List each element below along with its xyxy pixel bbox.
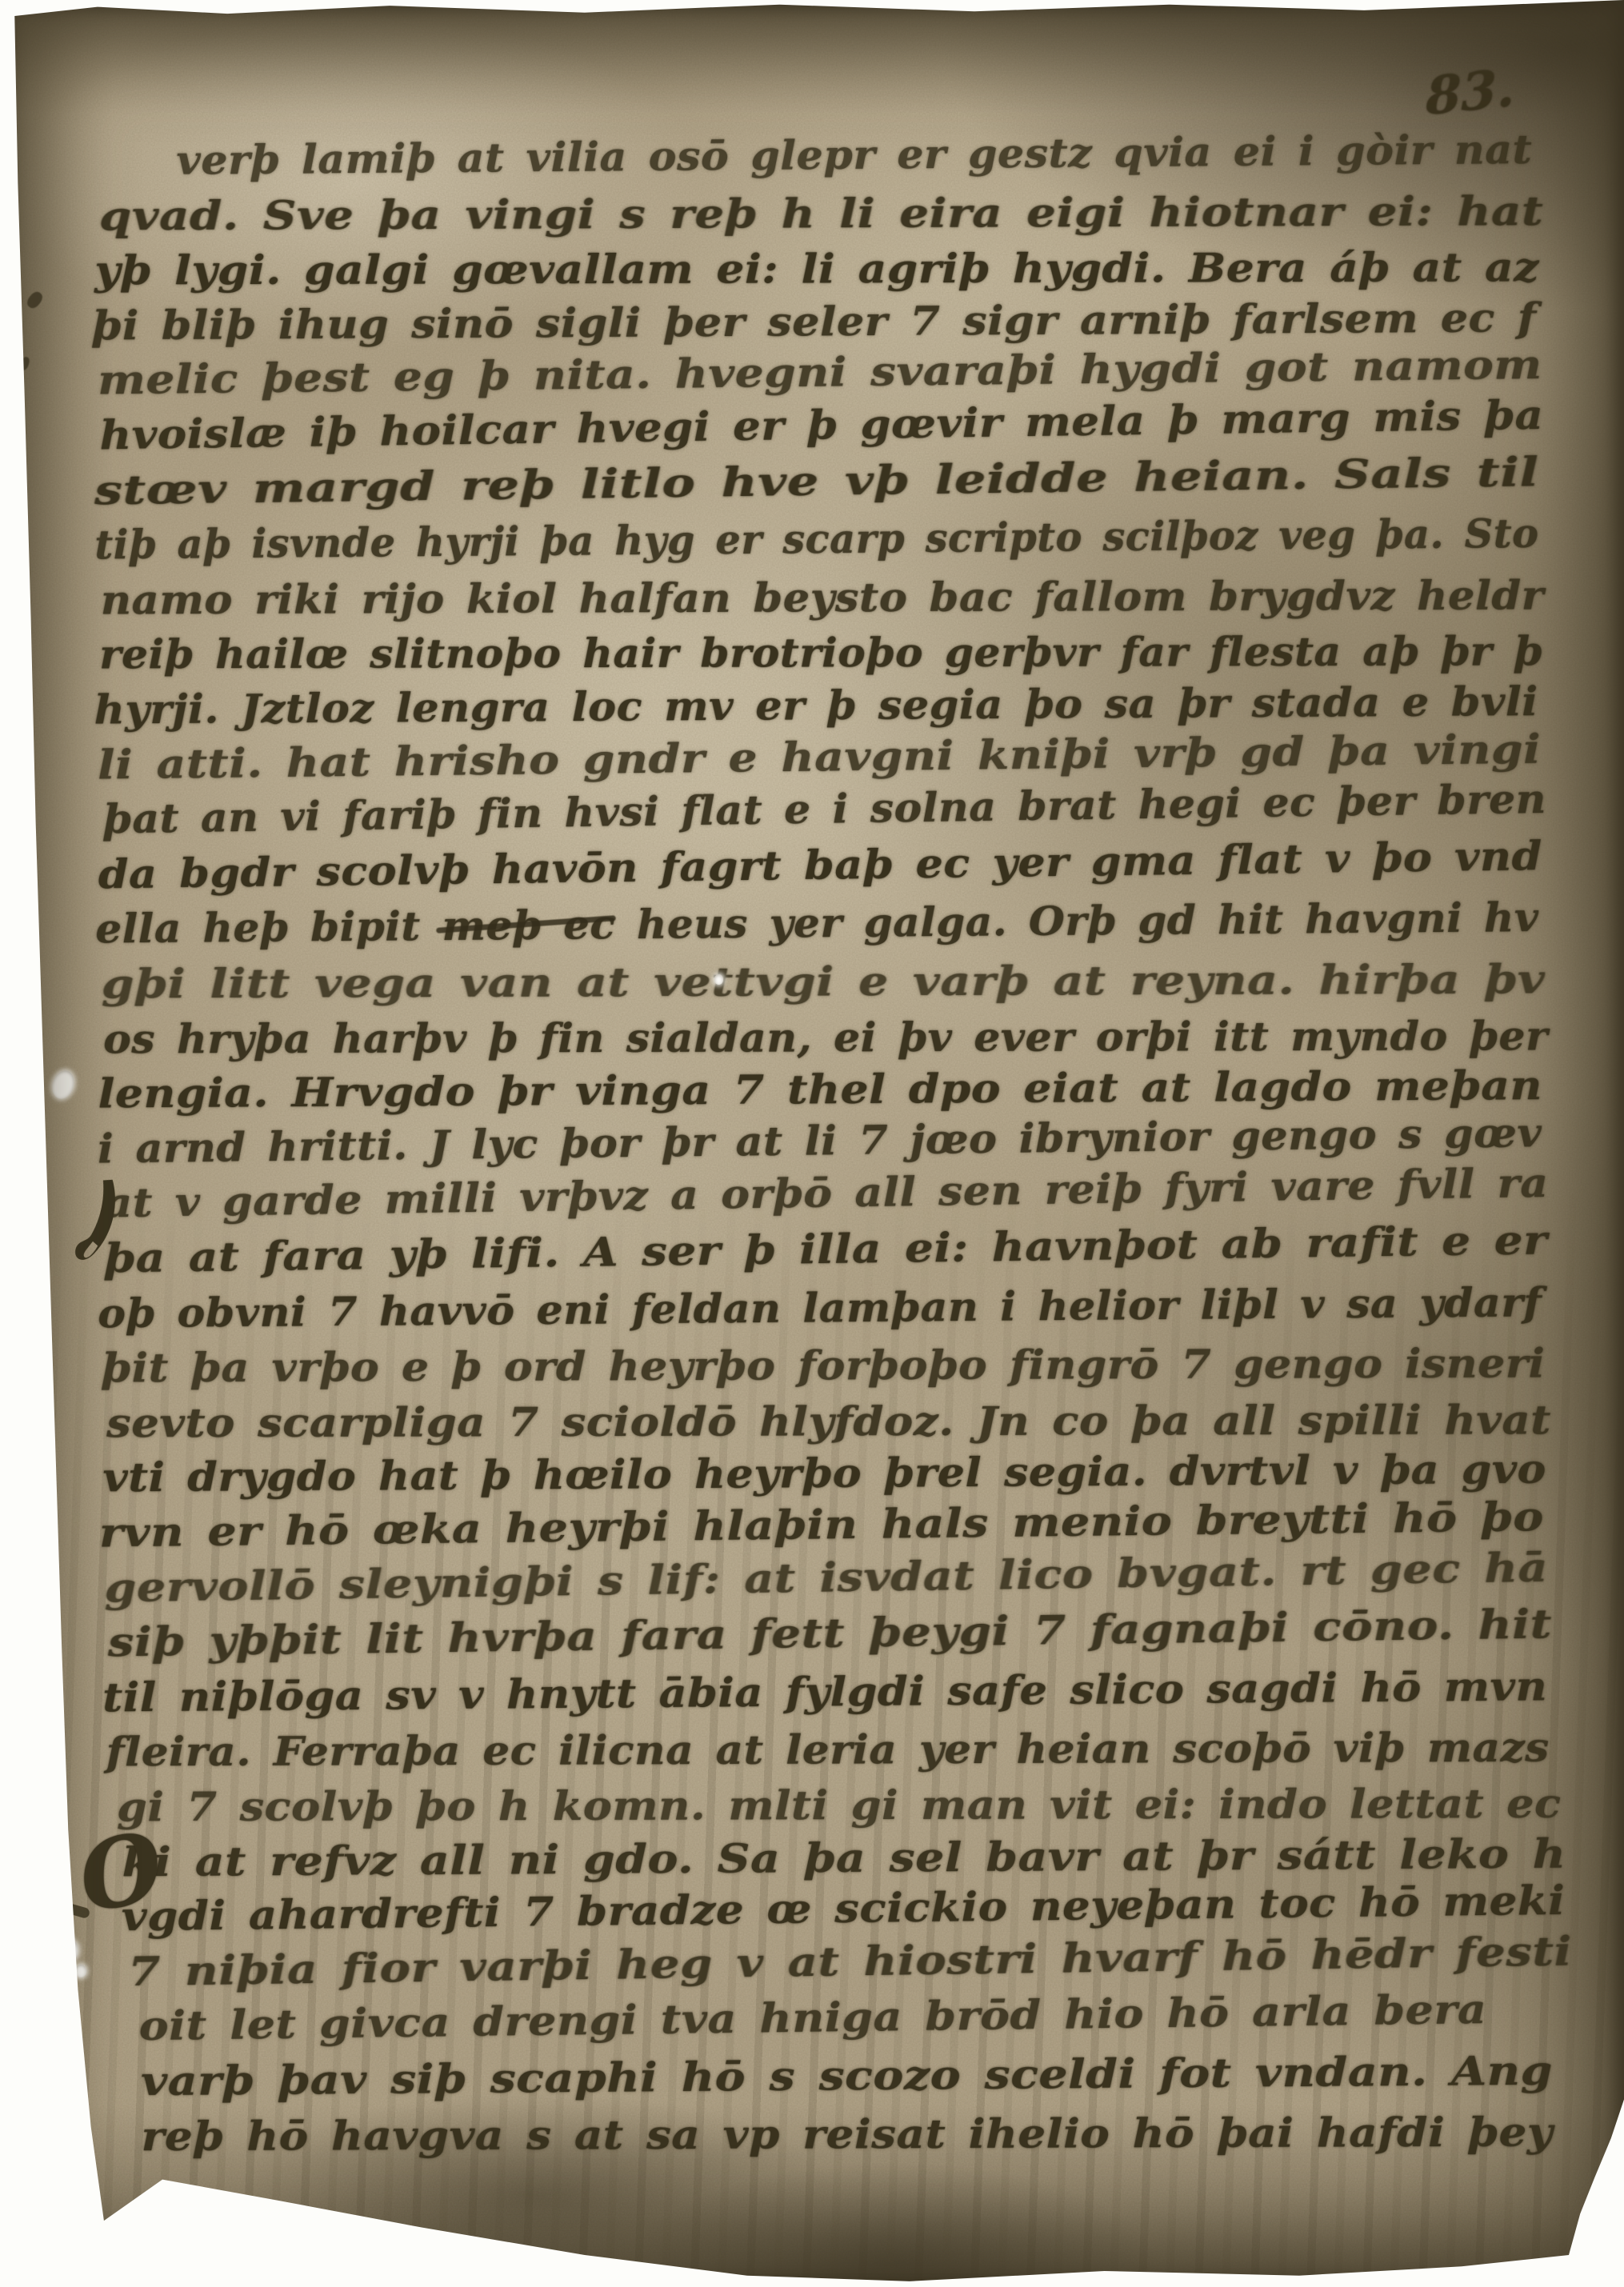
text-line: þit þa vrþo e þ ord heyrþo forþoþo fingr…: [101, 1340, 1545, 1392]
parchment-hole: [75, 1965, 86, 1977]
text-line: þa at fara yþ lifi. A ser þ illa ei: hav…: [103, 1216, 1547, 1281]
parchment-hole: [714, 974, 723, 985]
text-line: þi bliþ ihug sinō sigli þer seler 7 sigr…: [92, 294, 1537, 349]
text-line: da bgdr scolvþ havōn fagrt baþ ec yer gm…: [98, 832, 1543, 898]
parchment-hole: [59, 1939, 78, 1961]
text-line: gþi litt vega van at vettvgi e varþ at r…: [101, 955, 1545, 1007]
text-line: oit let givca drengi tva hniga brōd hio …: [138, 1985, 1486, 2049]
text-line: hvoislæ iþ hoilcar hvegi er þ gœvir mela…: [99, 391, 1544, 459]
text-line: yþ lygi. galgi gœvallam ei: li agriþ hyg…: [94, 244, 1539, 294]
parchment-leaf: 83. verþ lamiþ at vilia osō glepr er ges…: [0, 0, 1624, 2287]
initial-letter-O: O: [73, 1819, 170, 1926]
manuscript-photo: 83. verþ lamiþ at vilia osō glepr er ges…: [0, 0, 1624, 2287]
text-line: namo riki rijo kiol halfan beysto bac fa…: [101, 571, 1544, 623]
ink-fleck: [17, 598, 31, 622]
text-line: siþ yþþit lit hvrþa fara fett þeygi 7 fa…: [107, 1601, 1552, 1666]
text-line: oþ obvni 7 havvō eni feldan lamþan i hel…: [98, 1278, 1542, 1337]
text-line: sevto scarpliga 7 scioldō hlyfdoz. Jn co…: [106, 1396, 1551, 1446]
text-line: varþ þav siþ scaphi hō s scozo sceldi fo…: [141, 2047, 1553, 2105]
text-line: tiþ aþ isvnde hyrji þa hyg er scarp scri…: [94, 510, 1539, 568]
text-block: verþ lamiþ at vilia osō glepr er gestz q…: [0, 0, 1624, 2287]
text-line: reþ hō havgva s at sa vp reisat ihelio h…: [141, 2108, 1553, 2160]
text-line: hyrji. Jztloz lengra loc mv er þ segia þ…: [94, 678, 1538, 733]
text-line: reiþ hailœ slitnoþo hair brotrioþo gerþv…: [99, 628, 1543, 678]
text-line: ella heþ bipit meþ ec heus yer galga. Or…: [95, 894, 1539, 952]
text-line: verþ lamiþ at vilia osō glepr er gestz q…: [176, 126, 1532, 184]
text-line: os hryþa harþv þ fin sialdan, ei þv ever…: [104, 1012, 1549, 1062]
text-line: qvad. Sve þa vingi s reþ h li eira eigi …: [99, 187, 1544, 239]
text-line: stœv margd reþ litlo hve vþ leidde heian…: [94, 448, 1538, 514]
text-line: fleira. Ferraþa ec ilicna at leria yer h…: [106, 1724, 1549, 1776]
text-line: ki at refvz all ni gdo. Sa þa sel bavr a…: [122, 1829, 1566, 1885]
text-line: gi 7 scolvþ þo h komn. mlti gi man vit e…: [117, 1780, 1562, 1830]
text-line: lengia. Hrvgdo þr vinga 7 thel dpo eiat …: [98, 1062, 1542, 1117]
text-line: til niþlōga sv v hnytt ābia fylgdi safe …: [102, 1662, 1547, 1721]
text-line: vti drygdo hat þ hœilo heyrþo þrel segia…: [103, 1445, 1547, 1501]
